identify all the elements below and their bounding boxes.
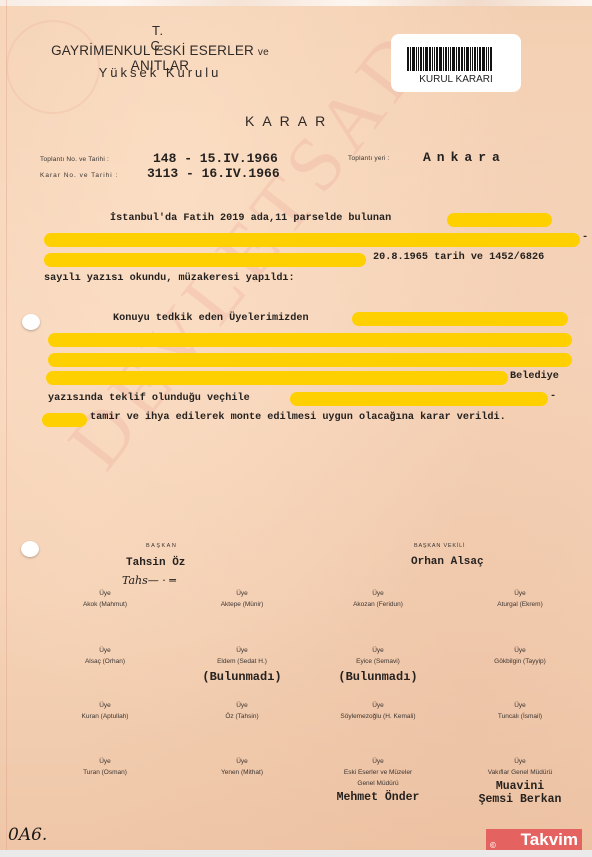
member-name: Şemsi Berkan [450, 793, 590, 806]
member-name: Akozan (Feridun) [308, 599, 448, 610]
margin-line [6, 0, 7, 850]
member-role: Üye [450, 756, 590, 767]
member-signature: ÜyeAkozan (Feridun) [308, 588, 448, 610]
p2-line6: tamir ve ihya edilerek monte edilmesi uy… [90, 412, 506, 423]
member-title-line1: Vakıflar Genel Müdürü [450, 767, 590, 778]
takvim-logo: © Takvim [486, 829, 582, 850]
member-role: Üye [308, 756, 448, 767]
member-signature: ÜyeEyice (Semavi)(Bulunmadı) [308, 645, 448, 684]
vice-chairman-title: BAŞKAN VEKİLİ [414, 543, 465, 549]
org-main: GAYRİMENKUL ESKİ ESERLER [51, 43, 254, 58]
punch-hole [22, 314, 40, 330]
member-signature: ÜyeEldem (Sedat H.)(Bulunmadı) [172, 645, 312, 684]
member-name: Tuncalı (İsmail) [450, 711, 590, 722]
member-role: Üye [450, 645, 590, 656]
member-title-line1: Eski Eserler ve Müzeler [308, 767, 448, 778]
member-signature: ÜyeGökbilgin (Tayyip) [450, 645, 590, 667]
member-name: Eldem (Sedat H.) [172, 656, 312, 667]
member-role: Üye [35, 645, 175, 656]
p2-line1: Konuyu tedkik eden Üyelerimizden [113, 313, 309, 324]
redaction [44, 253, 366, 267]
chairman-name: Tahsin Öz [126, 557, 185, 569]
member-role: Üye [35, 588, 175, 599]
p1-line3-end: 20.8.1965 tarih ve 1452/6826 [373, 252, 544, 263]
member-signature: ÜyeYenen (Mithat) [172, 756, 312, 778]
member-director-museums: Üye Eski Eserler ve Müzeler Genel Müdürü… [308, 756, 448, 804]
vice-chairman-name: Orhan Alsaç [411, 556, 484, 568]
member-role: Üye [35, 756, 175, 767]
member-role: Üye [450, 700, 590, 711]
p2-line5-hyphen: - [550, 391, 556, 402]
member-signature: ÜyeTuran (Osman) [35, 756, 175, 778]
member-role: Üye [308, 700, 448, 711]
member-role: Üye [172, 588, 312, 599]
decision-value: 3113 - 16.IV.1966 [147, 166, 280, 181]
handwritten-note: 0A6. [8, 825, 47, 845]
p1-line1: İstanbul'da Fatih 2019 ada,11 parselde b… [110, 213, 391, 224]
member-name: Söylemezoğlu (H. Kemali) [308, 711, 448, 722]
member-role: Üye [450, 588, 590, 599]
member-signature: ÜyeKuran (Aptullah) [35, 700, 175, 722]
member-role: Üye [308, 645, 448, 656]
barcode-label: KURUL KARARI [391, 34, 521, 92]
member-title-line2: Genel Müdürü [308, 778, 448, 789]
member-absent-note: (Bulunmadı) [172, 670, 312, 684]
member-signature: ÜyeAkok (Mahmut) [35, 588, 175, 610]
member-name: Öz (Tahsin) [172, 711, 312, 722]
redaction [48, 333, 572, 347]
redaction [46, 371, 508, 385]
meeting-label: Toplantı No. ve Tarihi : [40, 156, 109, 163]
org-ve: ve [258, 47, 269, 58]
redaction [447, 213, 552, 227]
member-signature: ÜyeSöylemezoğlu (H. Kemali) [308, 700, 448, 722]
member-name: Gökbilgin (Tayyip) [450, 656, 590, 667]
member-name: Turan (Osman) [35, 767, 175, 778]
document-title: KARAR [245, 113, 355, 129]
member-name: Mehmet Önder [308, 791, 448, 804]
p1-line4: sayılı yazısı okundu, müzakeresi yapıldı… [44, 273, 295, 284]
member-name: Akok (Mahmut) [35, 599, 175, 610]
redaction [42, 413, 87, 427]
member-signature: ÜyeAktepe (Münir) [172, 588, 312, 610]
logo-text: Takvim [521, 830, 578, 849]
p2-line4-end: Belediye [510, 371, 559, 382]
member-name: Aktepe (Münir) [172, 599, 312, 610]
member-signature: ÜyeTuncalı (İsmail) [450, 700, 590, 722]
decision-label: Karar No. ve Tarihi : [40, 172, 118, 179]
member-signature: ÜyeAlsaç (Orhan) [35, 645, 175, 667]
bottom-strip [0, 850, 592, 857]
member-signature: ÜyeAturgal (Ekrem) [450, 588, 590, 610]
member-role: Üye [172, 700, 312, 711]
chairman-title: BAŞKAN [146, 543, 177, 549]
member-name: Alsaç (Orhan) [35, 656, 175, 667]
member-name: Kuran (Aptullah) [35, 711, 175, 722]
logo-mark-icon: © [490, 835, 496, 850]
punch-hole [21, 541, 39, 557]
member-director-foundations: Üye Vakıflar Genel Müdürü Muavini Şemsi … [450, 756, 590, 806]
document-page: DEVLETSAD T. C. GAYRİMENKUL ESKİ ESERLER… [0, 0, 592, 850]
torn-top-edge [0, 0, 592, 6]
member-role: Üye [308, 588, 448, 599]
member-title-line2: Muavini [450, 780, 590, 793]
member-name: Yenen (Mithat) [172, 767, 312, 778]
barcode-label-text: KURUL KARARI [391, 74, 521, 85]
member-name: Aturgal (Ekrem) [450, 599, 590, 610]
member-signature: ÜyeÖz (Tahsin) [172, 700, 312, 722]
meeting-value: 148 - 15.IV.1966 [153, 151, 278, 166]
member-role: Üye [172, 645, 312, 656]
barcode-icon [407, 47, 506, 71]
member-absent-note: (Bulunmadı) [308, 670, 448, 684]
header-board: Yüksek Kurulu [95, 65, 225, 80]
redaction [290, 392, 548, 406]
redaction [352, 312, 568, 326]
redaction [44, 233, 580, 247]
p1-line2-hyphen: - [582, 232, 588, 243]
place-value: Ankara [423, 150, 506, 165]
redaction [48, 353, 572, 367]
place-label: Toplantı yeri : [348, 155, 390, 162]
member-role: Üye [35, 700, 175, 711]
member-role: Üye [172, 756, 312, 767]
p2-line5: yazısında teklif olunduğu veçhile [48, 393, 250, 404]
member-name: Eyice (Semavi) [308, 656, 448, 667]
